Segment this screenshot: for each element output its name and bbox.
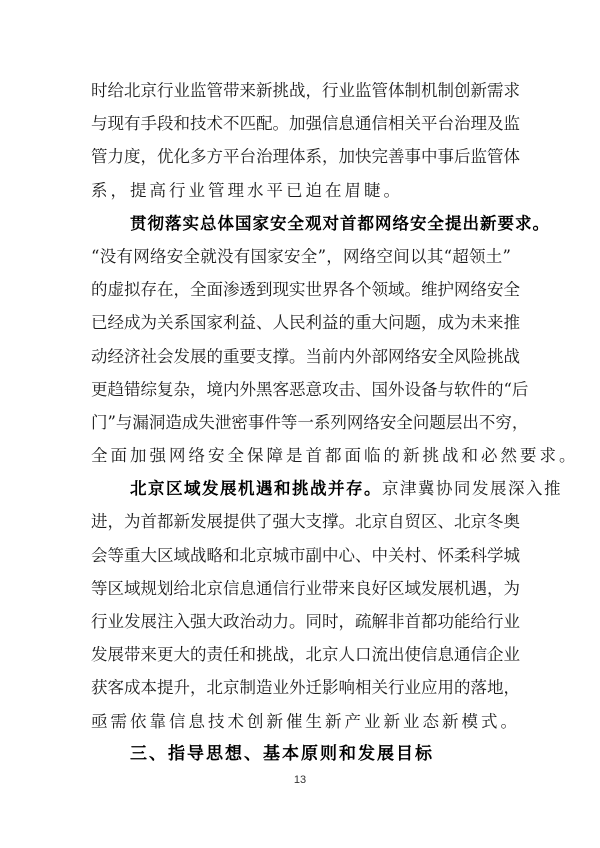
text-line: 进，为首都新发展提供了强大支撑。北京自贸区、北京冬奥	[91, 505, 511, 538]
text-line: 亟需依靠信息技术创新催生新产业新业态新模式。	[91, 705, 511, 738]
paragraph-lead-heading: 贯彻落实总体国家安全观对首都网络安全提出新要求。	[91, 207, 511, 240]
text-line: 更趋错综复杂，境内外黑客恶意攻击、国外设备与软件的“后	[91, 373, 511, 406]
text-line: 已经成为关系国家利益、人民利益的重大问题，成为未来推	[91, 306, 511, 339]
text-line: 系，提高行业管理水平已迫在眉睫。	[91, 174, 511, 207]
section-heading: 三、指导思想、基本原则和发展目标	[91, 738, 511, 771]
page-number: 13	[0, 774, 600, 786]
text-line: 与现有手段和技术不匹配。加强信息通信相关平台治理及监	[91, 107, 511, 140]
text-line: 行业发展注入强大政治动力。同时，疏解非首都功能给行业	[91, 605, 511, 638]
document-page: 时给北京行业监管带来新挑战，行业监管体制机制创新需求 与现有手段和技术不匹配。加…	[91, 74, 511, 771]
text-line: 时给北京行业监管带来新挑战，行业监管体制机制创新需求	[91, 74, 511, 107]
text-line: 的虚拟存在，全面渗透到现实世界各个领域。维护网络安全	[91, 273, 511, 306]
text-line: 动经济社会发展的重要支撑。当前内外部网络安全风险挑战	[91, 340, 511, 373]
paragraph-lead-line: 北京区域发展机遇和挑战并存。京津冀协同发展深入推	[91, 472, 511, 505]
text-line: 管力度，优化多方平台治理体系，加快完善事中事后监管体	[91, 140, 511, 173]
text-line: 获客成本提升，北京制造业外迁影响相关行业应用的落地，	[91, 671, 511, 704]
text-line: 等区域规划给北京信息通信行业带来良好区域发展机遇，为	[91, 572, 511, 605]
text-line: 全面加强网络安全保障是首都面临的新挑战和必然要求。	[91, 439, 511, 472]
paragraph-lead-heading: 北京区域发展机遇和挑战并存。	[130, 479, 382, 498]
text-line: 会等重大区域战略和北京城市副中心、中关村、怀柔科学城	[91, 539, 511, 572]
text-line: 门”与漏洞造成失泄密事件等一系列网络安全问题层出不穷，	[91, 406, 511, 439]
paragraph-lead-rest: 京津冀协同发展深入推	[382, 479, 562, 498]
text-line: “没有网络安全就没有国家安全”，网络空间以其“超领土”	[91, 240, 511, 273]
text-line: 发展带来更大的责任和挑战，北京人口流出使信息通信企业	[91, 638, 511, 671]
